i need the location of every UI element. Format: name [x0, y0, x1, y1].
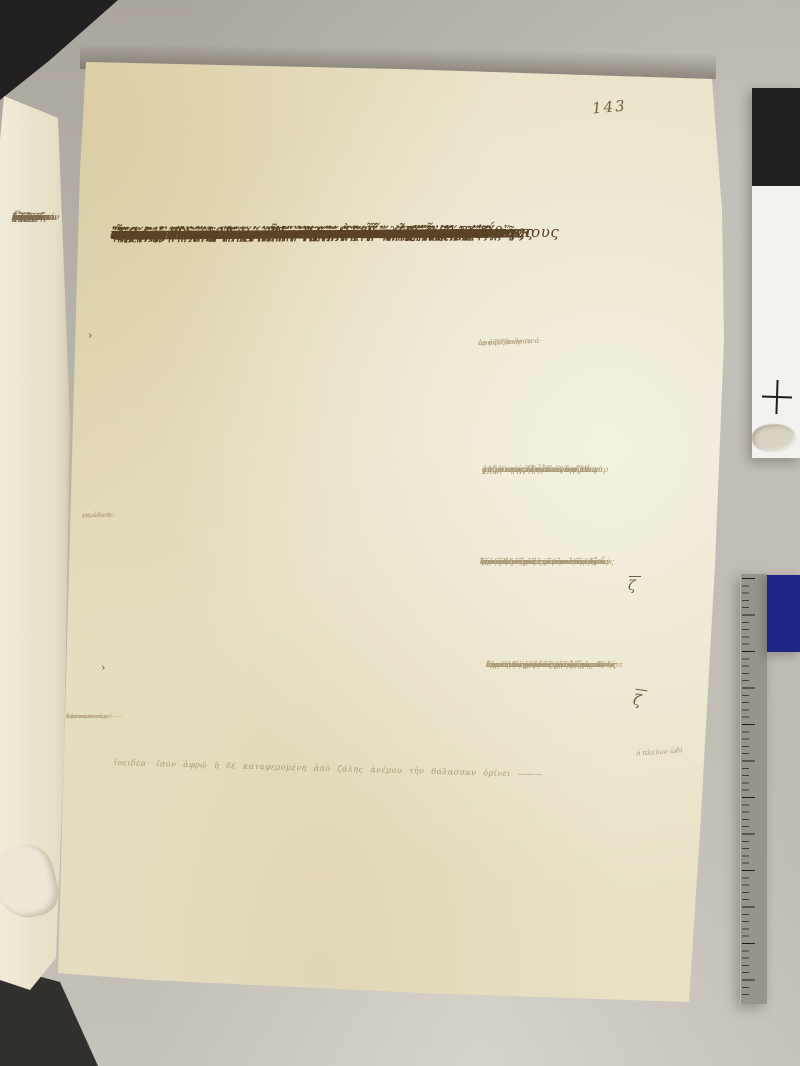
gloss-line: ἀμφιβλήτων τινά·: [478, 337, 542, 349]
text-line: ἕκτωρ πριαμίδης· βροτολοιγῷ ἶσος ἄρηϊ·: [112, 222, 456, 245]
ruler: 67891011: [740, 574, 767, 1004]
scholia-line: τὴν προσηγορίαν τὸ δὲ ἦχος ὡδί·: [486, 658, 611, 672]
scholia-fragment: αʹ ποψὶ ζται: [16, 90, 53, 102]
line-ending: πημαρο: [12, 206, 46, 232]
scholia-fragment: ταω ἐζ ἀάσω: [16, 90, 56, 102]
scholia-fragment: τρ μα ζαι: [16, 90, 44, 102]
manuscript-page: 143 ὦ φίλοι· ἀργείων ἡγήτορες ἠδὲ μέδοντ…: [0, 0, 800, 1066]
diple-mark: ›: [101, 661, 105, 674]
note-line: σημείωσαι: [82, 511, 115, 520]
scholia-fragment: τὶ μὴν ξε γαψν: [16, 90, 61, 102]
main-text: ὦ φίλοι· ἀργείων ἡγήτορες ἠδὲ μέδοντες·ὑ…: [112, 222, 564, 224]
note-line: τῶν κυνῶν ὁμοῦ——: [66, 712, 123, 723]
diple-mark: ›: [88, 329, 92, 342]
manuscript-photo: αʹ ποψὶ ζταιτὶ μὴν ξε γαψντὴν ἐξ ἄμοτ᾽ ἀ…: [0, 0, 800, 1066]
scholia-fragment: τὴν ἐξ ἄμο: [16, 90, 48, 102]
scholia-line: ἰέναι εἰς αὐτόν·: [480, 556, 541, 568]
scholia-line: ἀρδήσειν γὰρ ὧδε·——: [482, 462, 574, 477]
ruler-major-ticks: [742, 578, 755, 1000]
folio-number: 143: [591, 97, 627, 118]
side-note: ὁ πλείων ὡδί: [636, 746, 683, 757]
calibration-card: [752, 88, 800, 458]
tape-residue: [751, 422, 798, 454]
scholia-fragment: ν ὧδε ζμο αἱ: [16, 90, 54, 102]
zetei-mark: ζ: [628, 578, 636, 594]
grayscale-patch: [752, 88, 800, 186]
bottom-scholion: ἰοειδέα· ἴσον ἀφρῷ ἡ δὲ καταφερομένη ἀπὸ…: [114, 758, 494, 778]
zetei-mark: ζ: [632, 691, 643, 710]
scholia-fragment: τ᾽ ἀεὶ β ζῆσαν ἀλ: [16, 90, 70, 102]
color-patch: [767, 575, 800, 652]
scholia-fragment: ὁ γὰρ τῶν καί: [16, 90, 59, 102]
